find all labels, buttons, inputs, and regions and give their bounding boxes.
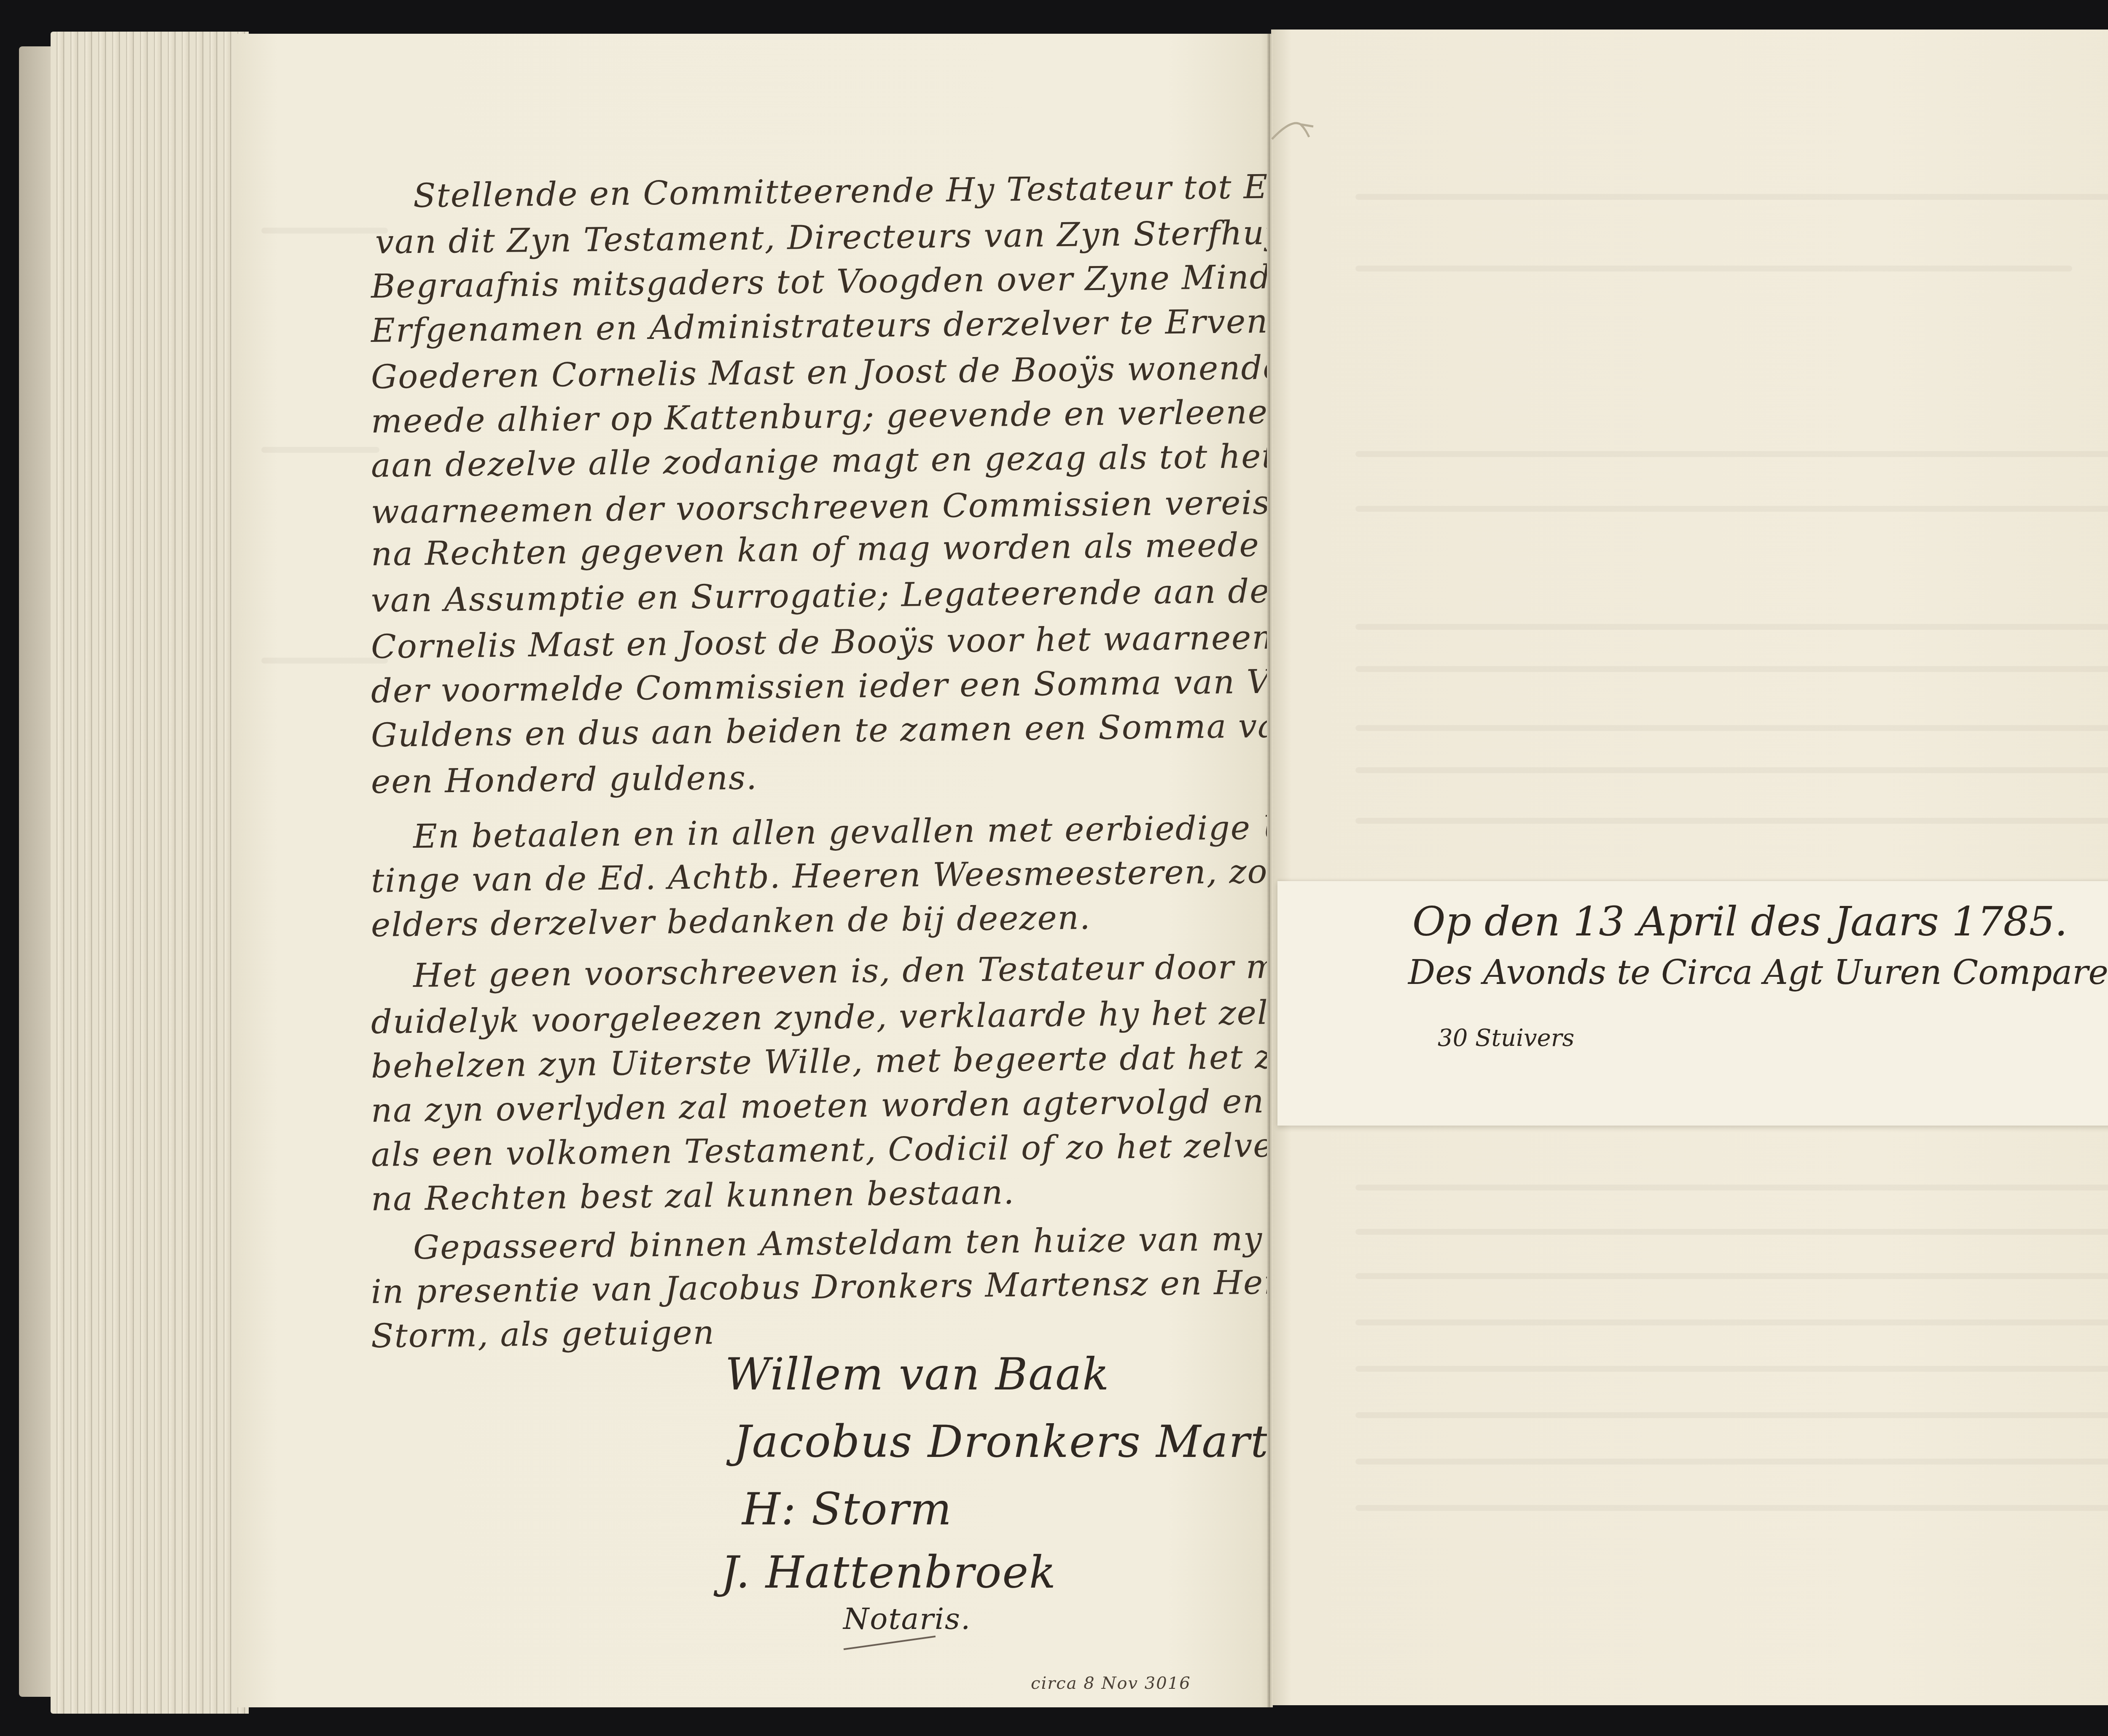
left-page: Stellende en Committeerende Hy Testateur… xyxy=(236,34,1271,1707)
pasted-slip: Op den 13 April des Jaars 1785. Des Avon… xyxy=(1277,881,2108,1126)
signature-willem-van-baak: Willem van Baak xyxy=(725,1349,1110,1400)
notary-title: Notaris. xyxy=(843,1594,971,1644)
text-line: duidelyk voorgeleezen zynde, verklaarde … xyxy=(371,991,1354,1043)
text-line: Storm, als getuigen xyxy=(371,1311,715,1357)
text-line: der voormelde Commissien ieder een Somma… xyxy=(371,660,1350,712)
text-line: Begraafnis mitsgaders tot Voogden over Z… xyxy=(371,255,1410,308)
text-line: na Rechten best zal kunnen bestaan. xyxy=(371,1172,1015,1220)
page-stack-left xyxy=(51,32,249,1714)
bleed-through-mark xyxy=(1355,624,2108,630)
bleed-through-mark xyxy=(1355,725,2108,731)
bleed-through-mark xyxy=(1355,451,2108,457)
right-page xyxy=(1271,30,2108,1705)
text-line: Goederen Cornelis Mast en Joost de Booÿs… xyxy=(371,347,1283,398)
text-line: van Assumptie en Surrogatie; Legateerend… xyxy=(371,569,1360,622)
text-line: tinge van de Ed. Achtb. Heeren Weesmeest… xyxy=(371,849,1410,902)
text-line: meede alhier op Kattenburg; geevende en … xyxy=(371,390,1332,443)
bleed-through-mark xyxy=(1355,767,2108,773)
bleed-through-mark xyxy=(1355,1412,2108,1418)
slip-line: Op den 13 April des Jaars 1785. xyxy=(1412,898,2068,945)
bleed-through-mark xyxy=(1355,266,2072,271)
bleed-through-mark xyxy=(1355,1505,2108,1511)
text-line: in presentie van Jacobus Dronkers Marten… xyxy=(371,1261,1356,1313)
pencil-note: circa 8 Nov 3016 xyxy=(1031,1674,1191,1693)
text-line: van dit Zyn Testament, Directeurs van Zy… xyxy=(375,211,1355,263)
bleed-through-mark xyxy=(1355,818,2108,824)
bleed-through-mark xyxy=(1355,1459,2108,1465)
slip-line: Des Avonds te Circa Agt Uuren Compareerd… xyxy=(1408,953,2108,992)
text-line: elders derzelver bedanken de bij deezen. xyxy=(371,897,1091,946)
slip-note: 30 Stuivers xyxy=(1438,1024,1574,1052)
text-line: Erfgenamen en Administrateurs derzelver … xyxy=(371,300,1322,352)
text-line: Gepasseerd binnen Amsteldam ten huize va… xyxy=(413,1216,1404,1269)
bleed-through-mark xyxy=(1355,1366,2108,1372)
text-line: Guldens en dus aan beiden te zamen een S… xyxy=(371,705,1300,757)
bleed-through-mark xyxy=(1355,1185,2108,1190)
bleed-through-mark xyxy=(1355,1273,2108,1279)
bleed-through-mark xyxy=(261,658,388,664)
signature-h-storm: H: Storm xyxy=(742,1484,952,1534)
bleed-through-mark xyxy=(261,447,379,453)
text-line: Cornelis Mast en Joost de Booÿs voor het… xyxy=(371,616,1326,668)
book-gutter xyxy=(1267,34,1273,1707)
text-line: een Honderd guldens. xyxy=(371,757,758,803)
text-line: aan dezelve alle zodanige magt en gezag … xyxy=(371,435,1276,487)
text-line: En betaalen en in allen gevallen met eer… xyxy=(413,806,1390,858)
bleed-through-mark xyxy=(1355,1319,2108,1325)
bleed-through-mark xyxy=(1355,506,2108,512)
bleed-through-mark xyxy=(1355,666,2108,672)
bleed-through-mark xyxy=(1355,194,2108,200)
signature-notary-hattenbroek: J. Hattenbroek xyxy=(721,1547,1057,1598)
text-line: behelzen zyn Uiterste Wille, met begeert… xyxy=(371,1035,1344,1088)
binding-thread-icon xyxy=(1271,114,1317,143)
bleed-through-mark xyxy=(1355,1229,2108,1235)
bleed-through-mark xyxy=(261,228,388,234)
